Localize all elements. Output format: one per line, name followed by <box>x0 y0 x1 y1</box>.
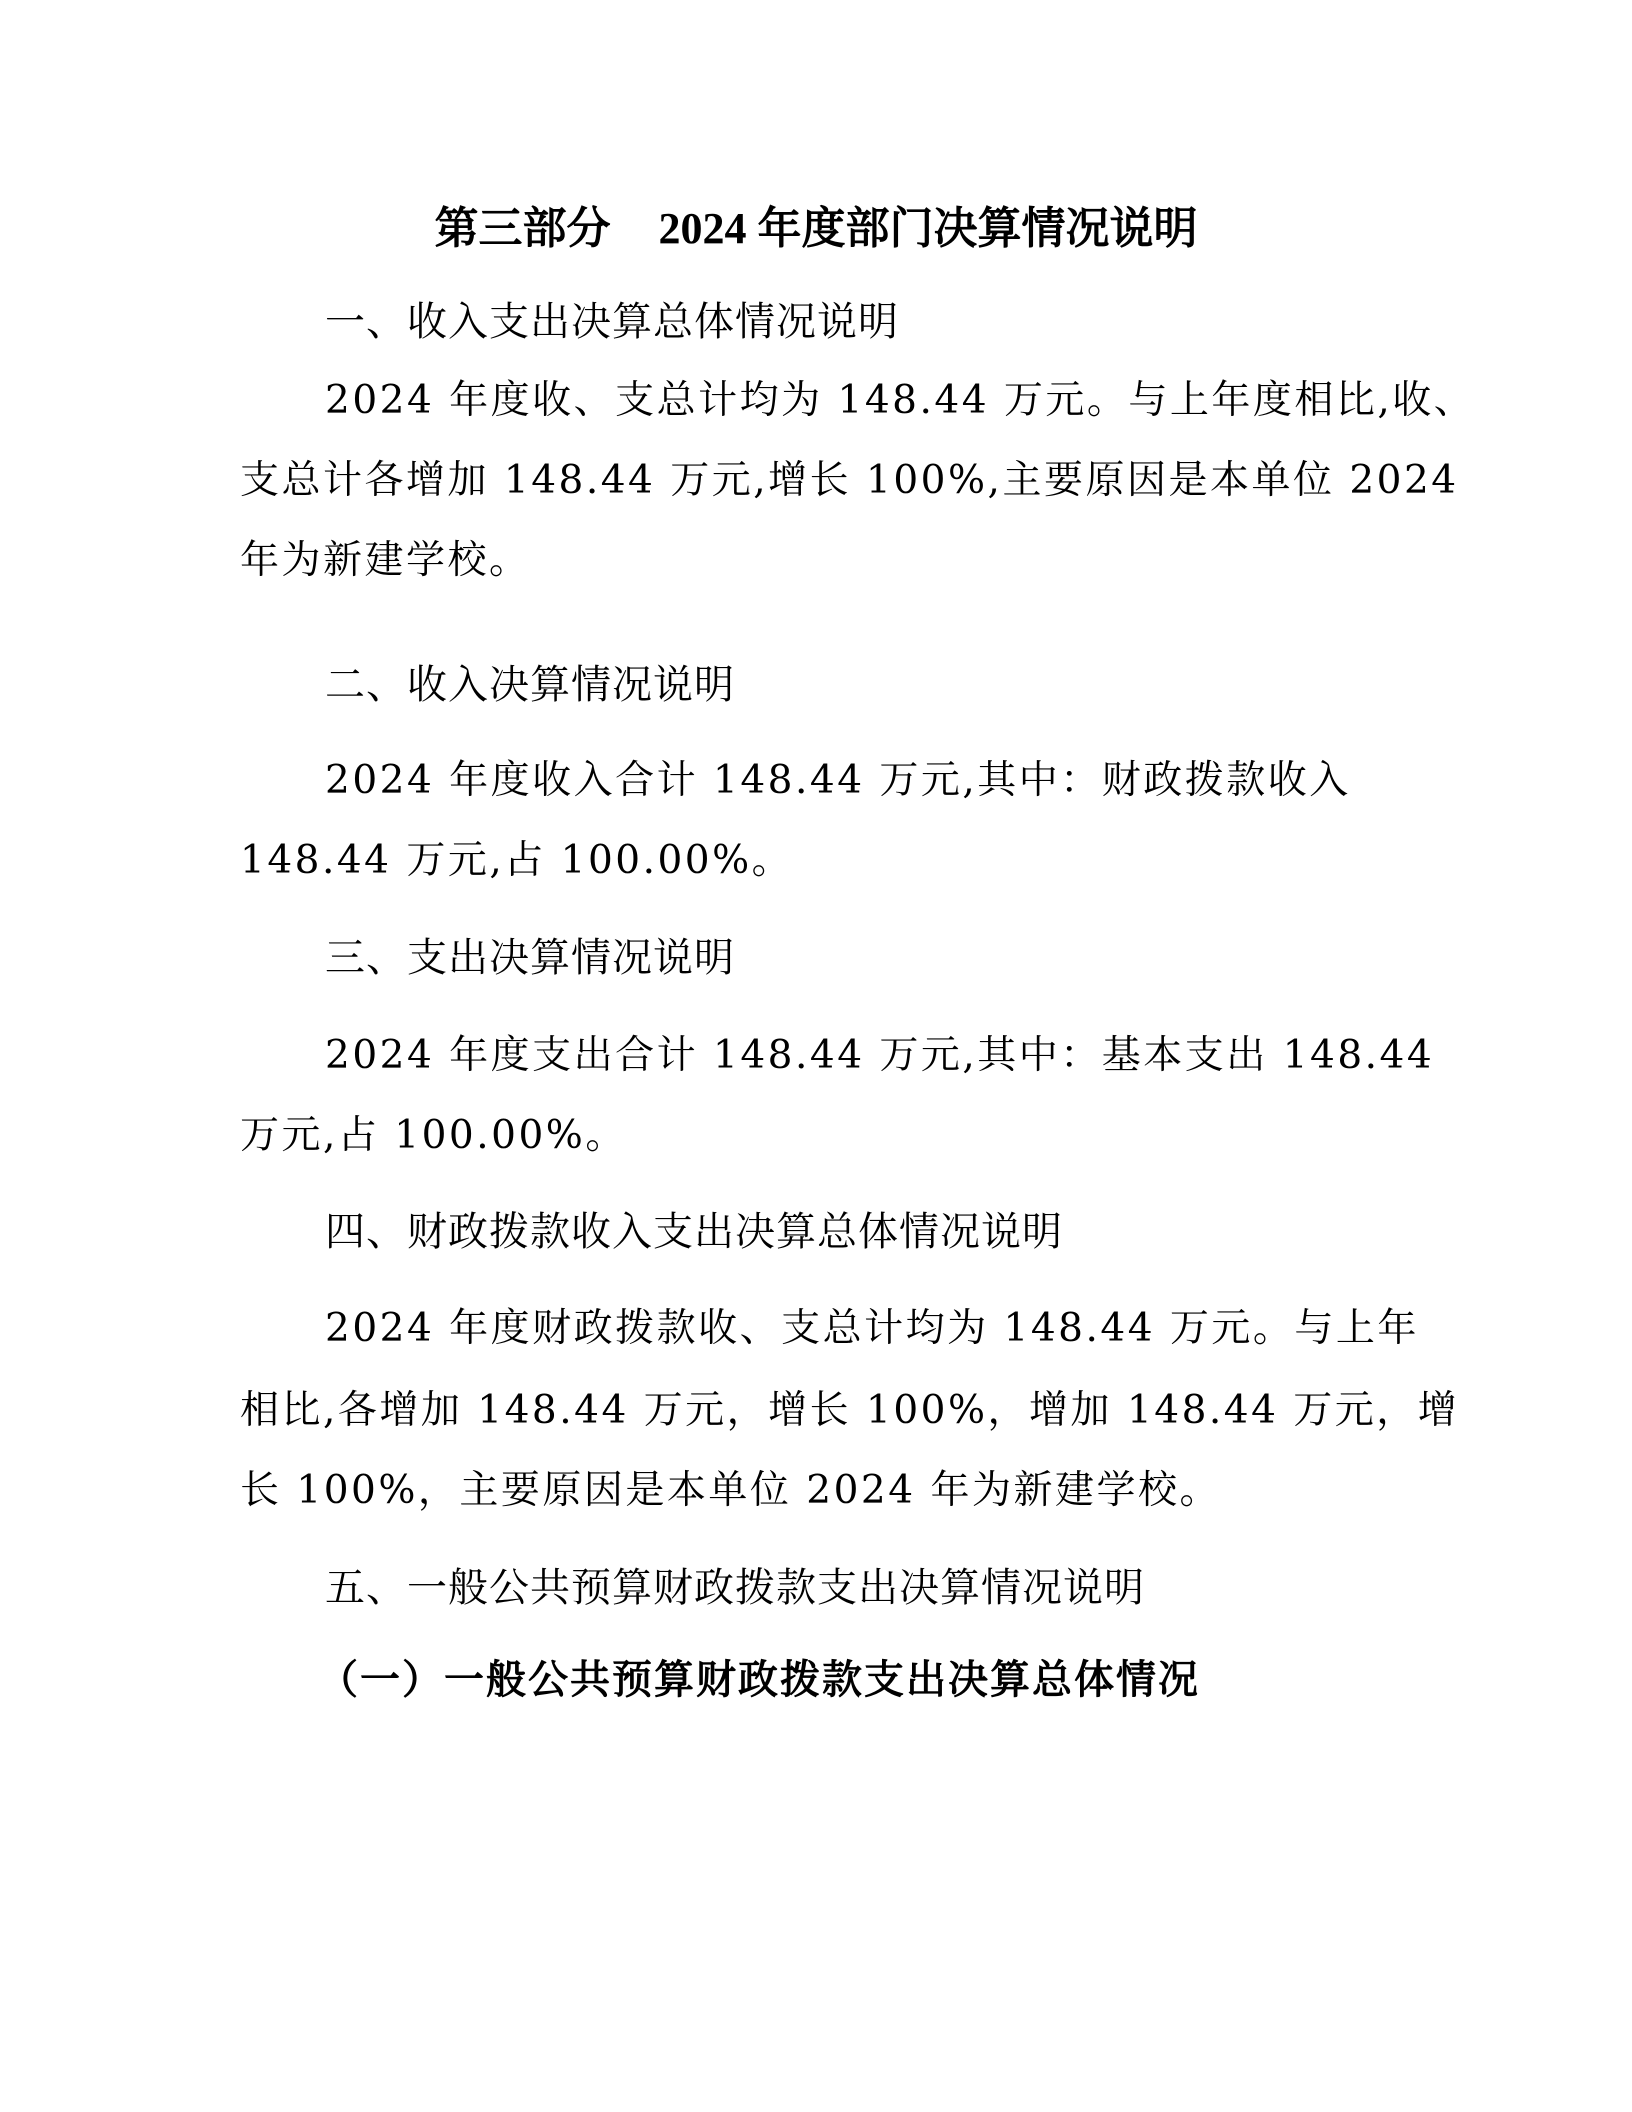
page-title: 第三部分2024 年度部门决算情况说明 <box>0 207 1632 251</box>
title-main: 2024 年度部门决算情况说明 <box>659 204 1198 253</box>
title-part: 第三部分 <box>435 204 611 253</box>
paragraph-line: 2024 年度财政拨款收、支总计均为 148.44 万元。与上年 <box>325 1309 1419 1348</box>
document-page: 第三部分2024 年度部门决算情况说明 一、收入支出决算总体情况说明 2024 … <box>0 0 1632 2112</box>
paragraph-line: 支总计各增加 148.44 万元,增长 100%,主要原因是本单位 2024 <box>240 461 1459 500</box>
paragraph-line: 年为新建学校。 <box>240 541 531 580</box>
paragraph-line: 2024 年度支出合计 148.44 万元,其中：基本支出 148.44 <box>325 1036 1434 1075</box>
paragraph-line: 2024 年度收入合计 148.44 万元,其中：财政拨款收入 <box>325 761 1351 800</box>
section-heading-2: 二、收入决算情况说明 <box>325 665 735 705</box>
subsection-heading-5-1: （一）一般公共预算财政拨款支出决算总体情况 <box>318 1660 1200 1700</box>
section-heading-4: 四、财政拨款收入支出决算总体情况说明 <box>325 1212 1063 1252</box>
section-heading-3: 三、支出决算情况说明 <box>325 938 735 978</box>
paragraph-line: 148.44 万元,占 100.00%。 <box>240 841 793 880</box>
section-heading-1: 一、收入支出决算总体情况说明 <box>325 302 899 342</box>
paragraph-line: 长 100%，主要原因是本单位 2024 年为新建学校。 <box>240 1471 1221 1510</box>
paragraph-line: 2024 年度收、支总计均为 148.44 万元。与上年度相比,收、 <box>325 381 1475 420</box>
paragraph-line: 万元,占 100.00%。 <box>240 1116 627 1155</box>
section-heading-5: 五、一般公共预算财政拨款支出决算情况说明 <box>325 1568 1145 1608</box>
paragraph-line: 相比,各增加 148.44 万元，增长 100%，增加 148.44 万元，增 <box>240 1391 1459 1430</box>
